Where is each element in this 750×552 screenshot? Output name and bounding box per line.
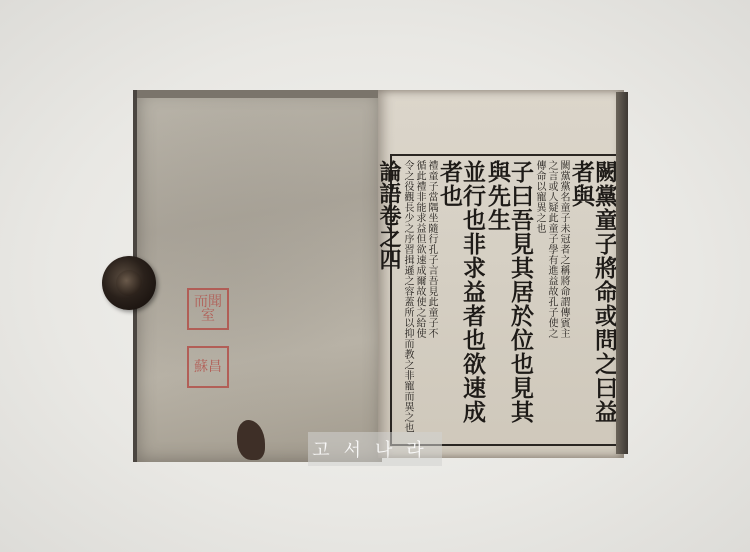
commentary-column: 傳命以寵異之也	[534, 160, 544, 440]
page-edge	[137, 90, 382, 98]
left-page: 而聞室 蘇昌	[133, 90, 382, 462]
commentary-column: 令之役觀長少之序習揖遜之容蓋所以抑而教之非寵而異之也	[402, 160, 412, 440]
commentary-column: 禮童子當隅坐隨行孔子言吾見此童子不	[426, 160, 436, 440]
right-page: 闕黨童子將命或問之曰益者與 闕黨黨名童子未冠者之稱將命謂傳賓主 之言或人疑此童子…	[378, 90, 624, 458]
main-text-column: 闕黨童子將命或問之曰益者與	[570, 160, 616, 440]
text-columns: 闕黨童子將命或問之曰益者與 闕黨黨名童子未冠者之稱將命謂傳賓主 之言或人疑此童子…	[396, 160, 616, 440]
main-text-column: 並行也非求益者也欲速成者也	[438, 160, 484, 440]
commentary-column: 循此禮非能求益但欲速成爾故使之給使	[414, 160, 424, 440]
volume-title: 論語卷之四	[378, 160, 400, 440]
commentary-column: 闕黨黨名童子未冠者之稱將命謂傳賓主	[558, 160, 568, 440]
knob-center	[116, 270, 142, 296]
red-seal-stamp: 而聞室	[187, 288, 229, 330]
wooden-knob	[102, 256, 156, 310]
printed-frame: 闕黨童子將命或問之曰益者與 闕黨黨名童子未冠者之稱將命謂傳賓主 之言或人疑此童子…	[390, 154, 622, 446]
open-book: 而聞室 蘇昌 闕黨童子將命或問之曰益者與 闕黨黨名童子未冠者之稱將命謂傳賓主 之…	[128, 88, 628, 466]
commentary-column: 之言或人疑此童子學有進益故孔子使之	[546, 160, 556, 440]
page-damage	[237, 420, 265, 460]
page-stack-edge	[616, 92, 628, 454]
main-text-column: 子曰吾見其居於位也見其與先生	[486, 160, 532, 440]
watermark: 고서나라	[308, 432, 442, 466]
red-seal-stamp: 蘇昌	[187, 346, 229, 388]
